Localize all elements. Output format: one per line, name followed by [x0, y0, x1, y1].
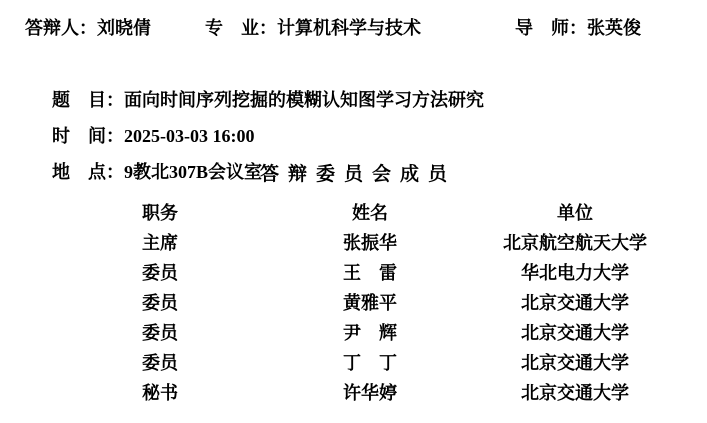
defender-label: 答辩人： — [25, 18, 97, 38]
topic-label: 题 目： — [52, 90, 124, 110]
table-row: 委员 王 雷 华北电力大学 — [35, 258, 695, 288]
table-row: 委员 黄雅平 北京交通大学 — [35, 288, 695, 318]
location-label: 地 点： — [52, 162, 124, 182]
column-header-role: 职务 — [35, 198, 285, 228]
info-line-topic: 题 目：面向时间序列挖掘的模糊认知图学习方法研究 — [25, 46, 707, 82]
member-name: 尹 辉 — [285, 318, 455, 348]
member-name: 张振华 — [285, 228, 455, 258]
member-affiliation: 北京交通大学 — [455, 318, 695, 348]
committee-table: 职务 姓名 单位 主席 张振华 北京航空航天大学 委员 王 雷 华北电力大学 委… — [35, 198, 695, 408]
member-role: 委员 — [35, 288, 285, 318]
topic-value: 面向时间序列挖掘的模糊认知图学习方法研究 — [124, 90, 484, 110]
member-name: 许华婷 — [285, 378, 455, 408]
column-header-name: 姓名 — [285, 198, 455, 228]
member-name: 王 雷 — [285, 258, 455, 288]
info-line-defender-major-advisor: 答辩人：刘晓倩 专 业：计算机科学与技术 导 师：张英俊 — [25, 10, 707, 46]
member-role: 委员 — [35, 258, 285, 288]
major-value: 计算机科学与技术 — [277, 18, 421, 38]
major-label: 专 业： — [205, 18, 277, 38]
defense-announcement-document: 答辩人：刘晓倩 专 业：计算机科学与技术 导 师：张英俊 题 目：面向时间序列挖… — [0, 0, 707, 423]
defense-info-block: 答辩人：刘晓倩 专 业：计算机科学与技术 导 师：张英俊 题 目：面向时间序列挖… — [0, 0, 707, 154]
member-affiliation: 北京交通大学 — [455, 288, 695, 318]
time-label: 时 间： — [52, 126, 124, 146]
defender-name: 刘晓倩 — [97, 18, 151, 38]
advisor-name: 张英俊 — [587, 18, 641, 38]
location-value: 9教北307B会议室 — [124, 162, 262, 182]
table-row: 委员 尹 辉 北京交通大学 — [35, 318, 695, 348]
member-role: 秘书 — [35, 378, 285, 408]
member-name: 黄雅平 — [285, 288, 455, 318]
table-header-row: 职务 姓名 单位 — [35, 198, 695, 228]
member-role: 委员 — [35, 318, 285, 348]
table-row: 秘书 许华婷 北京交通大学 — [35, 378, 695, 408]
member-affiliation: 华北电力大学 — [455, 258, 695, 288]
major-field: 专 业：计算机科学与技术 — [205, 10, 515, 46]
advisor-label: 导 师： — [515, 18, 587, 38]
table-row: 主席 张振华 北京航空航天大学 — [35, 228, 695, 258]
member-role: 委员 — [35, 348, 285, 378]
column-header-affiliation: 单位 — [455, 198, 695, 228]
member-affiliation: 北京交通大学 — [455, 378, 695, 408]
advisor-field: 导 师：张英俊 — [515, 10, 707, 46]
member-affiliation: 北京航空航天大学 — [455, 228, 695, 258]
member-name: 丁 丁 — [285, 348, 455, 378]
member-role: 主席 — [35, 228, 285, 258]
time-value: 2025-03-03 16:00 — [124, 126, 254, 146]
member-affiliation: 北京交通大学 — [455, 348, 695, 378]
table-row: 委员 丁 丁 北京交通大学 — [35, 348, 695, 378]
defender-field: 答辩人：刘晓倩 — [25, 10, 205, 46]
